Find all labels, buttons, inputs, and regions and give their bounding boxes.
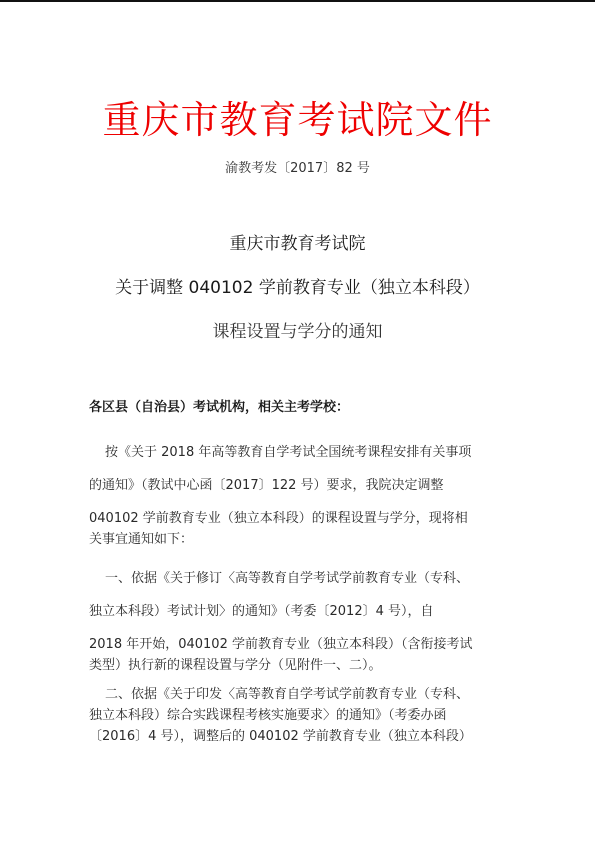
paragraph-item-one: 一、依据《关于修订〈高等教育自学考试学前教育专业（专科、 独立本科段）考试计划〉… bbox=[89, 570, 509, 690]
paragraph-line: 二、依据《关于印发〈高等教育自学考试学前教育专业（专科、 bbox=[89, 686, 509, 704]
paragraph-line: 040102 学前教育专业（独立本科段）的课程设置与学分，现将相 bbox=[89, 510, 509, 528]
paragraph-line: 的通知》（教试中心函〔2017〕122 号）要求，我院决定调整 bbox=[89, 477, 509, 495]
paragraph-line: 关事宜通知如下： bbox=[89, 531, 509, 549]
paragraph-line: 2018 年开始，040102 学前教育专业（独立本科段）（含衔接考试 bbox=[89, 636, 509, 654]
paragraph-line: 独立本科段）综合实践课程考核实施要求〉的通知》（考委办函 bbox=[89, 707, 509, 725]
paragraph-intro: 按《关于 2018 年高等教育自学考试全国统考课程安排有关事项 的通知》（教试中… bbox=[89, 444, 509, 564]
paragraph-line: 按《关于 2018 年高等教育自学考试全国统考课程安排有关事项 bbox=[89, 444, 509, 462]
paragraph-item-two: 二、依据《关于印发〈高等教育自学考试学前教育专业（专科、 独立本科段）综合实践课… bbox=[89, 686, 509, 749]
notice-title-topic: 课程设置与学分的通知 bbox=[0, 320, 595, 344]
top-border-line bbox=[0, 0, 595, 2]
paragraph-line: 一、依据《关于修订〈高等教育自学考试学前教育专业（专科、 bbox=[89, 570, 509, 588]
paragraph-line: 〔2016〕4 号），调整后的 040102 学前教育专业（独立本科段） bbox=[89, 728, 509, 746]
notice-title-issuer: 重庆市教育考试院 bbox=[0, 232, 595, 256]
document-header-title: 重庆市教育考试院文件 bbox=[0, 96, 595, 144]
document-number: 渝教考发〔2017〕82 号 bbox=[0, 160, 595, 178]
addressee-line: 各区县（自治县）考试机构，相关主考学校： bbox=[89, 399, 349, 417]
paragraph-line: 类型）执行新的课程设置与学分（见附件一、二）。 bbox=[89, 657, 509, 675]
notice-title-subject: 关于调整 040102 学前教育专业（独立本科段） bbox=[0, 276, 595, 300]
paragraph-line: 独立本科段）考试计划〉的通知》（考委〔2012〕4 号），自 bbox=[89, 603, 509, 621]
